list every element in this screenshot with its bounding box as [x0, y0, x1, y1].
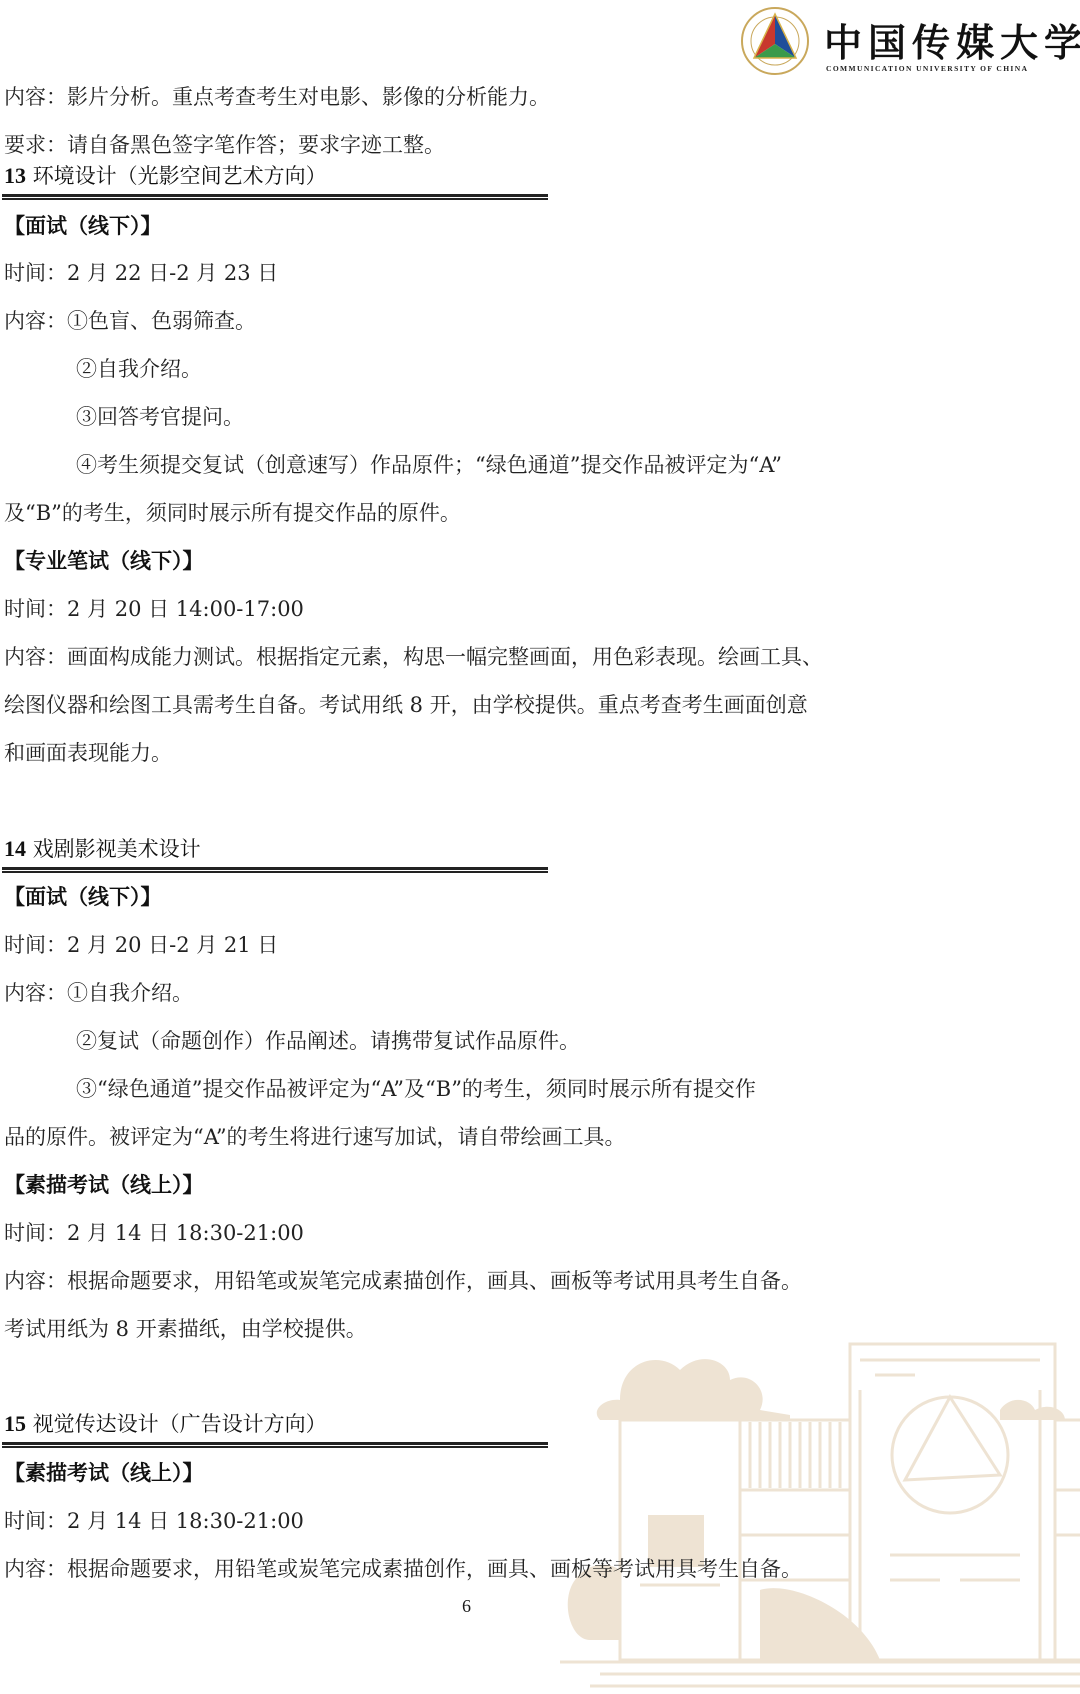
section-number: 13 [4, 163, 26, 188]
section-number: 14 [4, 836, 26, 861]
content-line: 及“B”的考生，须同时展示所有提交作品的原件。 [4, 498, 461, 528]
block-time: 时间：2 月 14 日 18:30-21:00 [4, 1218, 304, 1248]
content-line: 考试用纸为 8 开素描纸，由学校提供。 [4, 1314, 367, 1344]
block-heading: 【面试（线下）】 [4, 882, 162, 912]
content-line: ③“绿色通道”提交作品被评定为“A”及“B”的考生，须同时展示所有提交作 [76, 1074, 756, 1104]
content-line: ④考生须提交复试（创意速写）作品原件；“绿色通道”提交作品被评定为“A” [76, 450, 782, 480]
section-divider [2, 1442, 548, 1448]
block-heading: 【素描考试（线上）】 [4, 1170, 204, 1200]
content-line: ②复试（命题创作）作品阐述。请携带复试作品原件。 [76, 1026, 580, 1056]
content-line: 内容：①自我介绍。 [4, 978, 193, 1008]
section-name: 戏剧影视美术设计 [33, 837, 201, 861]
content-line: 内容：①色盲、色弱筛查。 [4, 306, 256, 336]
university-seal-icon [740, 6, 810, 76]
block-time: 时间：2 月 22 日-2 月 23 日 [4, 258, 278, 288]
university-name-cn: 中国传媒大学 [824, 12, 1080, 67]
university-logo: 中国传媒大学 COMMUNICATION UNIVERSITY OF CHINA [740, 6, 1040, 76]
content-line: 内容：画面构成能力测试。根据指定元素，构思一幅完整画面，用色彩表现。绘画工具、 [4, 642, 823, 672]
intro-content: 内容：影片分析。重点考查考生对电影、影像的分析能力。 [4, 82, 550, 112]
university-name-en: COMMUNICATION UNIVERSITY OF CHINA [826, 64, 1028, 73]
content-line: ③回答考官提问。 [76, 402, 244, 432]
block-time: 时间：2 月 20 日 14:00-17:00 [4, 594, 304, 624]
section-title-13: 13 环境设计（光影空间艺术方向） [4, 161, 327, 191]
section-divider [2, 867, 548, 873]
section-title-14: 14 戏剧影视美术设计 [4, 834, 201, 864]
document-page: 中国传媒大学 COMMUNICATION UNIVERSITY OF CHINA… [0, 0, 1080, 1694]
page-number: 6 [462, 1596, 471, 1617]
block-time: 时间：2 月 14 日 18:30-21:00 [4, 1506, 304, 1536]
content-line: 内容：根据命题要求，用铅笔或炭笔完成素描创作，画具、画板等考试用具考生自备。 [4, 1266, 802, 1296]
section-name: 视觉传达设计（广告设计方向） [33, 1412, 327, 1436]
section-number: 15 [4, 1411, 26, 1436]
content-line: 品的原件。被评定为“A”的考生将进行速写加试，请自带绘画工具。 [4, 1122, 626, 1152]
section-name: 环境设计（光影空间艺术方向） [33, 164, 327, 188]
block-time: 时间：2 月 20 日-2 月 21 日 [4, 930, 278, 960]
content-line: 绘图仪器和绘图工具需考生自备。考试用纸 8 开，由学校提供。重点考查考生画面创意 [4, 690, 808, 720]
section-divider [2, 194, 548, 200]
section-title-15: 15 视觉传达设计（广告设计方向） [4, 1409, 327, 1439]
content-line: 内容：根据命题要求，用铅笔或炭笔完成素描创作，画具、画板等考试用具考生自备。 [4, 1554, 802, 1584]
content-line: ②自我介绍。 [76, 354, 202, 384]
campus-gate-watermark-icon [560, 1340, 1080, 1694]
intro-requirement: 要求：请自备黑色签字笔作答；要求字迹工整。 [4, 130, 445, 160]
block-heading: 【专业笔试（线下）】 [4, 546, 204, 576]
content-line: 和画面表现能力。 [4, 738, 172, 768]
block-heading: 【素描考试（线上）】 [4, 1458, 204, 1488]
block-heading: 【面试（线下）】 [4, 211, 162, 241]
